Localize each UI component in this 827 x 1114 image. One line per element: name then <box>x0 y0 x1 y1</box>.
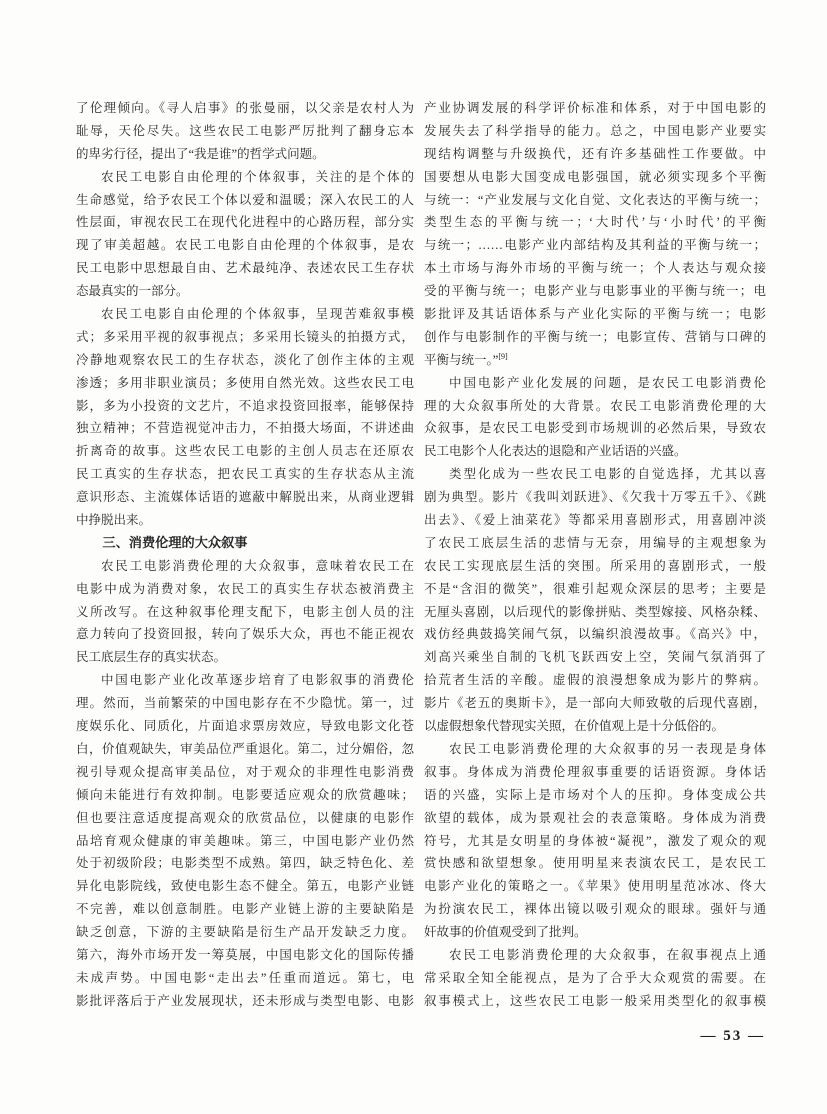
text-line: 平衡与统一。”[9] <box>424 349 766 372</box>
text-line: 拾荒者生活的辛酸。虚假的浪漫想象成为影片的弊病。 <box>424 669 766 692</box>
text-line: 与统一；……电影产业内部结构及其利益的平衡与统一； <box>424 234 766 257</box>
text-line: 类型生态的平衡与统一；‘大时代’与‘小时代’的平衡 <box>424 211 766 234</box>
text-line: 视引导观众提高审美品位，对于观众的非理性电影消费 <box>76 761 414 784</box>
text-line: 发展失去了科学指导的能力。总之，中国电影产业要实 <box>424 120 766 143</box>
text-line: 电影中成为消费对象，农民工的真实生存状态被消费主 <box>76 578 414 601</box>
text-line: 独立精神；不营造视觉冲击力，不拍摄大场面，不讲述曲 <box>76 417 414 440</box>
text-line: 无厘头喜剧，以后现代的影像拼贴、类型嫁接、风格杂糅、 <box>424 601 766 624</box>
text-line: 刘高兴乘坐自制的飞机飞跃西安上空，笑闹气氛消弭了 <box>424 646 766 669</box>
text-line: 未成声势。中国电影“走出去”任重而道远。第七，电 <box>76 967 414 990</box>
text-line: 倾向未能进行有效抑制。电影要适应观众的欣赏趣味； <box>76 784 414 807</box>
text-line: 戏仿经典鼓捣笑闹气氛，以编织浪漫故事。《高兴》中， <box>424 623 766 646</box>
text-line: 折离奇的故事。这些农民工电影的主创人员志在还原农 <box>76 440 414 463</box>
text-line: 影批评及其话语体系与产业化实际的平衡与统一；电影 <box>424 303 766 326</box>
left-column: 了伦理倾向。《寻人启事》的张曼丽，以父亲是农村人为耻辱，天伦尽失。这些农民工电影… <box>76 97 414 1013</box>
text-line: 为扮演农民工，裸体出镜以吸引观众的眼球。强奸与通 <box>424 898 766 921</box>
text-line: 创作与电影制作的平衡与统一；电影宣传、营销与口碑的 <box>424 326 766 349</box>
text-line: 中国电影产业化改革逐步培育了电影叙事的消费伦 <box>76 669 414 692</box>
text-line: 电影产业化的策略之一。《苹果》使用明星范冰冰、佟大 <box>424 875 766 898</box>
text-line: 理的大众叙事所处的大背景。农民工电影消费伦理的大 <box>424 395 766 418</box>
text-line: 意力转向了投资回报，转向了娱乐大众，再也不能正视农 <box>76 623 414 646</box>
text-line: 欲望的载体，成为景观社会的表意策略。身体成为消费 <box>424 807 766 830</box>
right-column: 产业协调发展的科学评价标准和体系，对于中国电影的发展失去了科学指导的能力。总之，… <box>424 97 766 1013</box>
text-line: 民工电影中思想最自由、艺术最纯净、表述农民工生存状 <box>76 257 414 280</box>
text-line: 态最真实的一部分。 <box>76 280 414 303</box>
text-line: 农民工实现底层生活的突围。所采用的喜剧形式，一般 <box>424 555 766 578</box>
text-line: 奸故事的价值观受到了批判。 <box>424 921 766 944</box>
text-line: 异化电影院线，致使电影生态不健全。第五，电影产业链 <box>76 875 414 898</box>
text-line: 语的兴盛，实际上是市场对个人的压抑。身体变成公共 <box>424 784 766 807</box>
text-line: 叙事。身体成为消费伦理叙事重要的话语资源。身体话 <box>424 761 766 784</box>
text-line: 中挣脱出来。 <box>76 509 414 532</box>
text-line: 类型化成为一些农民工电影的自觉选择，尤其以喜 <box>424 463 766 486</box>
text-line: 影批评落后于产业发展现状，还未形成与类型电影、电影 <box>76 990 414 1013</box>
text-line: 符号，尤其是女明星的身体被“凝视”，激发了观众的观 <box>424 830 766 853</box>
text-line: 与统一：“产业发展与文化自觉、文化表达的平衡与统一； <box>424 189 766 212</box>
text-line: 农民工电影消费伦理的大众叙事，在叙事视点上通 <box>424 944 766 967</box>
scanned-page: 了伦理倾向。《寻人启事》的张曼丽，以父亲是农村人为耻辱，天伦尽失。这些农民工电影… <box>0 0 827 1114</box>
text-line: 众叙事，是农民工电影受到市场规训的必然后果，导致农 <box>424 417 766 440</box>
text-line: 民工真实的生存状态，把农民工真实的生存状态从主流 <box>76 463 414 486</box>
text-line: 影，多为小投资的文艺片，不追求投资回报率，能够保持 <box>76 395 414 418</box>
text-line: 意识形态、主流媒体话语的遮蔽中解脱出来，从商业逻辑 <box>76 486 414 509</box>
text-line: 了农民工底层生活的悲情与无奈，用编导的主观想象为 <box>424 532 766 555</box>
text-line: 品培育观众健康的审美趣味。第三，中国电影产业仍然 <box>76 830 414 853</box>
footnote-ref: [9] <box>498 352 507 361</box>
text-line: 性层面，审视农民工在现代化进程中的心路历程，部分实 <box>76 211 414 234</box>
text-line: 不是“含泪的微笑”，很难引起观众深层的思考；主要是 <box>424 578 766 601</box>
text-line: 出去》、《爱上油菜花》等都采用喜剧形式，用喜剧冲淡 <box>424 509 766 532</box>
text-line: 民工底层生存的真实状态。 <box>76 646 414 669</box>
text-line: 本土市场与海外市场的平衡与统一；个人表达与观众接 <box>424 257 766 280</box>
text-line: 理。然而，当前繁荣的中国电影存在不少隐忧。第一，过 <box>76 692 414 715</box>
text-line: 国要想从电影大国变成电影强国，就必须实现多个平衡 <box>424 166 766 189</box>
text-line: 受的平衡与统一；电影产业与电影事业的平衡与统一；电 <box>424 280 766 303</box>
text-line: 叙事模式上，这些农民工电影一般采用类型化的叙事模 <box>424 990 766 1013</box>
text-line: 耻辱，天伦尽失。这些农民工电影严厉批判了翻身忘本 <box>76 120 414 143</box>
text-line: 冷静地观察农民工的生存状态，淡化了创作主体的主观 <box>76 349 414 372</box>
text-line: 第六，海外市场开发一筹莫展，中国电影文化的国际传播 <box>76 944 414 967</box>
text-line: 农民工电影自由伦理的个体叙事，呈现苦难叙事模 <box>76 303 414 326</box>
text-line: 产业协调发展的科学评价标准和体系，对于中国电影的 <box>424 97 766 120</box>
text-line: 处于初级阶段；电影类型不成熟。第四，缺乏特色化、差 <box>76 852 414 875</box>
text-line: 农民工电影消费伦理的大众叙事，意味着农民工在 <box>76 555 414 578</box>
text-line: 了伦理倾向。《寻人启事》的张曼丽，以父亲是农村人为 <box>76 97 414 120</box>
text-line: 但也要注意适度提高观众的欣赏品位，以健康的电影作 <box>76 807 414 830</box>
page-number: — 53 — <box>701 1028 766 1045</box>
text-line: 以虚假想象代替现实关照，在价值观上是十分低俗的。 <box>424 715 766 738</box>
text-line: 式；多采用平视的叙事视点；多采用长镜头的拍摄方式， <box>76 326 414 349</box>
text-line: 民工电影个人化表达的退隐和产业话语的兴盛。 <box>424 440 766 463</box>
text-line: 中国电影产业化发展的问题，是农民工电影消费伦 <box>424 372 766 395</box>
text-line: 剧为典型。影片《我叫刘跃进》、《欠我十万零五千》、《跳 <box>424 486 766 509</box>
text-line: 的卑劣行径，提出了“我是谁”的哲学式问题。 <box>76 143 414 166</box>
text-line: 农民工电影自由伦理的个体叙事，关注的是个体的 <box>76 166 414 189</box>
text-line: 渗透；多用非职业演员；多使用自然光效。这些农民工电 <box>76 372 414 395</box>
text-line: 赏快感和欲望想象。使用明星来表演农民工，是农民工 <box>424 852 766 875</box>
text-line: 现了审美超越。农民工电影自由伦理的个体叙事，是农 <box>76 234 414 257</box>
text-line: 白，价值观缺失，审美品位严重退化。第二，过分媚俗，忽 <box>76 738 414 761</box>
text-line: 生命感觉，给予农民工个体以爱和温暖；深入农民工的人 <box>76 189 414 212</box>
section-heading: 三、消费伦理的大众叙事 <box>76 532 414 555</box>
text-line: 度娱乐化、同质化，片面追求票房效应，导致电影文化苍 <box>76 715 414 738</box>
text-line: 不完善，难以创意制胜。电影产业链上游的主要缺陷是 <box>76 898 414 921</box>
text-line: 缺乏创意，下游的主要缺陷是衍生产品开发缺乏力度。 <box>76 921 414 944</box>
text-line: 常采取全知全能视点，是为了合乎大众观赏的需要。在 <box>424 967 766 990</box>
text-line: 现结构调整与升级换代，还有许多基础性工作要做。中 <box>424 143 766 166</box>
text-line: 义所改写。在这种叙事伦理支配下，电影主创人员的注 <box>76 601 414 624</box>
text-line: 影片《老五的奥斯卡》，是一部向大师致敬的后现代喜剧， <box>424 692 766 715</box>
text-line: 农民工电影消费伦理的大众叙事的另一表现是身体 <box>424 738 766 761</box>
